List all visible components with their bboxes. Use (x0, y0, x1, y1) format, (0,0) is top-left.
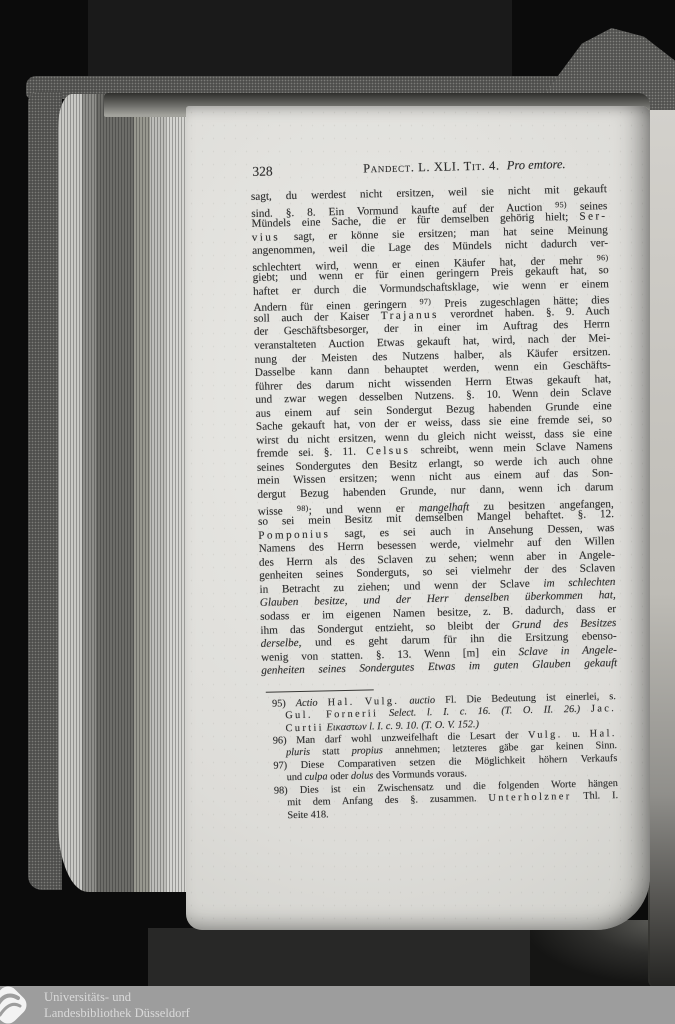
facing-page-edge (648, 110, 675, 988)
running-title-italic: Pro emtore. (507, 157, 566, 172)
footnotes: 95) Actio Hal. Vulg. auctio Fl. Die Bede… (272, 691, 619, 823)
library-logo-icon (0, 982, 46, 1024)
library-watermark-bar: Universitäts- und Landesbibliothek Düsse… (0, 986, 675, 1024)
body-text: sagt, du werdest nicht ersitzen, weil si… (251, 183, 618, 678)
footnote-separator-rule (266, 689, 374, 692)
running-title-caps: Pandect. L. XLI. Tit. 4. (363, 158, 500, 175)
library-name-line2: Landesbibliothek Düsseldorf (44, 1006, 190, 1022)
library-name: Universitäts- und Landesbibliothek Düsse… (44, 990, 190, 1021)
table-shadow-left (148, 928, 530, 988)
library-name-line1: Universitäts- und (44, 990, 190, 1006)
background-shadow-block (88, 0, 512, 78)
printed-text-block: 328 Pandect. L. XLI. Tit. 4. Pro emtore.… (244, 156, 624, 823)
book-photo: 328 Pandect. L. XLI. Tit. 4. Pro emtore.… (0, 0, 675, 1024)
book-cover-left-edge (28, 92, 62, 890)
page-stack-fore-edge (58, 94, 190, 892)
page-number: 328 (252, 162, 320, 178)
